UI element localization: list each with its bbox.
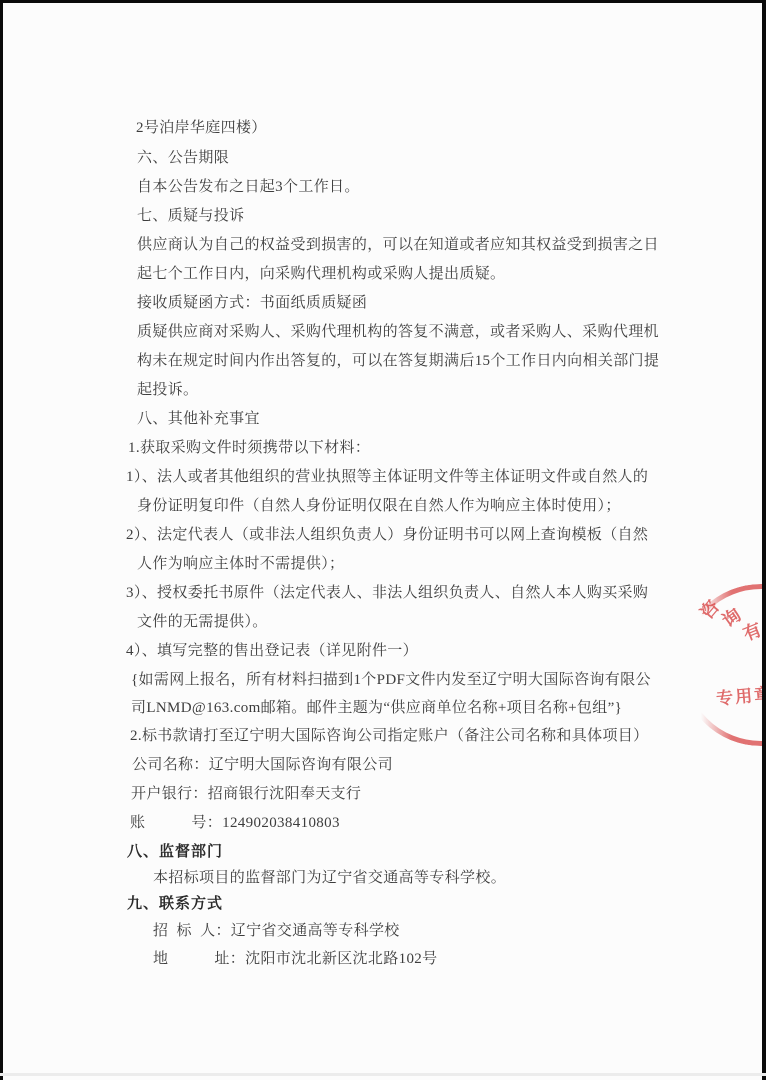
text-line: 2.标书款请打至辽宁明大国际咨询公司指定账户（备注公司名称和具体项目） xyxy=(130,726,649,746)
text-line: 构未在规定时间内作出答复的，可以在答复期满后15个工作日内向相关部门提 xyxy=(137,351,659,371)
text-line: 八、其他补充事宜 xyxy=(137,409,260,429)
text-line: 开户银行：招商银行沈阳奉天支行 xyxy=(131,784,361,804)
text-line: 起七个工作日内，向采购代理机构或采购人提出质疑。 xyxy=(137,264,505,284)
text-line: 八、监督部门 xyxy=(127,842,223,862)
text-line: 九、联系方式 xyxy=(127,894,223,914)
text-line: 3）、授权委托书原件（法定代表人、非法人组织负责人、自然人本人购买采购 xyxy=(126,583,648,603)
text-line: 七、质疑与投诉 xyxy=(137,206,244,226)
text-line: 本招标项目的监督部门为辽宁省交通高等专科学校。 xyxy=(153,868,506,888)
seal-bottom-text: 专用章 xyxy=(715,680,766,710)
text-line: {如需网上报名，所有材料扫描到1个PDF文件内发至辽宁明大国际咨询有限公 xyxy=(131,670,651,690)
scan-edge-top xyxy=(0,0,766,3)
text-line: 文件的无需提供）。 xyxy=(137,612,268,632)
document-page: 2号泊岸华庭四楼）六、公告期限自本公告发布之日起3个工作日。七、质疑与投诉供应商… xyxy=(0,0,766,1080)
text-line: 1）、法人或者其他组织的营业执照等主体证明文件等主体证明文件或自然人的 xyxy=(126,467,648,487)
text-line: 账 号：124902038410803 xyxy=(130,813,340,833)
text-line: 2）、法定代表人（或非法人组织负责人）身份证明书可以网上查询模板（自然 xyxy=(126,525,648,545)
scan-edge-bottom xyxy=(0,1073,766,1076)
text-line: 司LNMD@163.com邮箱。邮件主题为“供应商单位名称+项目名称+包组”} xyxy=(131,698,622,718)
text-line: 质疑供应商对采购人、采购代理机构的答复不满意，或者采购人、采购代理机 xyxy=(137,322,659,342)
text-line: 起投诉。 xyxy=(137,380,198,400)
text-line: 招 标 人：辽宁省交通高等专科学校 xyxy=(153,921,400,941)
text-line: 4）、填写完整的售出登记表（详见附件一） xyxy=(126,641,418,661)
text-line: 2号泊岸华庭四楼） xyxy=(136,118,267,138)
scan-edge-left xyxy=(0,0,3,1080)
text-line: 公司名称：辽宁明大国际咨询有限公司 xyxy=(132,755,393,775)
text-line: 地 址：沈阳市沈北新区沈北路102号 xyxy=(153,949,438,969)
text-line: 人作为响应主体时不需提供）； xyxy=(137,554,344,574)
text-line: 身份证明复印件（自然人身份证明仅限在自然人作为响应主体时使用）； xyxy=(137,496,621,516)
text-line: 六、公告期限 xyxy=(137,148,229,168)
text-line: 接收质疑函方式：书面纸质质疑函 xyxy=(137,293,367,313)
text-line: 1.获取采购文件时须携带以下材料： xyxy=(128,438,370,458)
text-line: 供应商认为自己的权益受到损害的，可以在知道或者应知其权益受到损害之日 xyxy=(137,235,659,255)
text-line: 自本公告发布之日起3个工作日。 xyxy=(137,177,360,197)
scan-edge-right xyxy=(762,0,766,1080)
